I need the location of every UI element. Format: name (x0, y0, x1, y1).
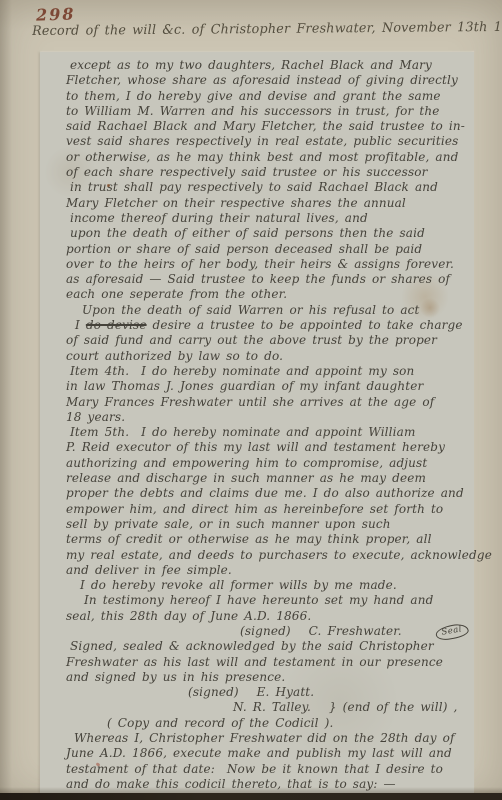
handwritten-line: and signed by us in his presence. (66, 670, 492, 685)
line-text: 18 years. (66, 410, 125, 424)
line-text: to them, I do hereby give and devise and… (66, 89, 441, 103)
handwritten-line: In testimony hereof I have hereunto set … (66, 593, 492, 608)
line-text: I do hereby revoke all former wills by m… (80, 578, 397, 592)
handwritten-line: except as to my two daughters, Rachel Bl… (66, 58, 492, 73)
line-text: in law Thomas J. Jones guardian of my in… (66, 379, 423, 393)
handwritten-line: Item 5th. I do hereby nominate and appoi… (66, 425, 492, 440)
line-text: portion or share of said person deceased… (66, 242, 422, 256)
line-text: in trust shall pay respectively to said … (70, 180, 438, 194)
line-text: income thereof during their natural live… (70, 211, 368, 225)
handwritten-line: or otherwise, as he may think best and m… (66, 150, 492, 165)
handwritten-line: terms of credit or otherwise as he may t… (66, 532, 492, 547)
handwritten-line: (signed) E. Hyatt. (66, 685, 492, 700)
handwritten-line: over to the heirs of her body, their hei… (66, 257, 492, 272)
handwritten-line: release and discharge in such manner as … (66, 471, 492, 486)
handwritten-line: of said fund and carry out the above tru… (66, 333, 492, 348)
line-text: ( Copy and record of the Codicil ). (107, 716, 333, 730)
handwritten-line: ( Copy and record of the Codicil ). (66, 716, 492, 731)
page-number: 298 (36, 4, 76, 24)
line-text: and deliver in fee simple. (66, 563, 232, 577)
line-text: my real estate, and deeds to purchasers … (66, 548, 492, 562)
line-text: terms of credit or otherwise as he may t… (66, 532, 432, 546)
line-text: authorizing and empowering him to compro… (66, 456, 427, 470)
ink-speck (107, 184, 110, 187)
handwritten-line: proper the debts and claims due me. I do… (66, 486, 492, 501)
handwritten-line: Freshwater as his last will and testamen… (66, 655, 492, 670)
line-text: Whereas I, Christopher Freshwater did on… (74, 731, 455, 745)
line-text: of said fund and carry out the above tru… (66, 333, 437, 347)
handwritten-line: empower him, and direct him as hereinbef… (66, 502, 492, 517)
line-text: Mary Frances Freshwater until she arrive… (66, 395, 434, 409)
line-text: release and discharge in such manner as … (66, 471, 426, 485)
handwritten-line: court authorized by law so to do. (66, 349, 492, 364)
handwritten-line: Mary Fletcher on their respective shares… (66, 196, 492, 211)
handwritten-line: in trust shall pay respectively to said … (66, 180, 492, 195)
handwritten-line: testament of that date: Now be it known … (66, 762, 492, 777)
line-text: sell by private sale, or in such manner … (66, 517, 391, 531)
document-lines: except as to my two daughters, Rachel Bl… (66, 58, 492, 792)
handwritten-line: to William M. Warren and his successors … (66, 104, 492, 119)
handwritten-line: and deliver in fee simple. (66, 563, 492, 578)
page-bottom-edge (0, 793, 502, 800)
handwritten-line: upon the death of either of said persons… (66, 226, 492, 241)
handwritten-line: authorizing and empowering him to compro… (66, 456, 492, 471)
line-text: P. Reid executor of this my last will an… (66, 440, 445, 454)
line-text: Freshwater as his last will and testamen… (66, 655, 443, 669)
line-text: to William M. Warren and his successors … (66, 104, 439, 118)
line-text: seal, this 28th day of June A.D. 1866. (66, 609, 311, 623)
line-text: Mary Fletcher on their respective shares… (66, 196, 406, 210)
handwritten-line: June A.D. 1866, execute make and publish… (66, 746, 492, 761)
line-text: proper the debts and claims due me. I do… (66, 486, 464, 500)
handwritten-line: seal, this 28th day of June A.D. 1866. (66, 609, 492, 624)
handwritten-line: I do devise desire a trustee to be appoi… (66, 318, 492, 333)
line-text: or otherwise, as he may think best and m… (66, 150, 458, 164)
handwritten-line: of each share respectively said trustee … (66, 165, 492, 180)
handwritten-line: each one seperate from the other. (66, 287, 492, 302)
line-text: Item 4th. I do hereby nominate and appoi… (70, 364, 414, 378)
line-text: (signed) C. Freshwater. (240, 624, 402, 638)
handwritten-line: 18 years. (66, 410, 492, 425)
line-text: I (75, 318, 86, 332)
handwritten-line: Fletcher, whose share as aforesaid inste… (66, 73, 492, 88)
line-text: each one seperate from the other. (66, 287, 287, 301)
handwritten-line: Item 4th. I do hereby nominate and appoi… (66, 364, 492, 379)
line-text: empower him, and direct him as hereinbef… (66, 502, 443, 516)
line-text: (signed) E. Hyatt. (188, 685, 314, 699)
scanned-will-page: 298 Record of the will &c. of Christophe… (0, 0, 502, 800)
line-text: over to the heirs of her body, their hei… (66, 257, 454, 271)
handwritten-line: vest said shares respectively in real es… (66, 134, 492, 149)
handwritten-line: in law Thomas J. Jones guardian of my in… (66, 379, 492, 394)
line-text: Item 5th. I do hereby nominate and appoi… (70, 425, 415, 439)
handwritten-line: Whereas I, Christopher Freshwater did on… (66, 731, 492, 746)
handwritten-line: P. Reid executor of this my last will an… (66, 440, 492, 455)
handwritten-line: I do hereby revoke all former wills by m… (66, 578, 492, 593)
line-text: of each share respectively said trustee … (66, 165, 428, 179)
handwritten-line: Signed, sealed & acknowledged by the sai… (66, 639, 492, 654)
handwritten-line: said Rachael Black and Mary Fletcher, th… (66, 119, 492, 134)
struck-text: do devise (86, 318, 147, 332)
record-header: Record of the will &c. of Christopher Fr… (32, 20, 502, 39)
handwritten-line: income thereof during their natural live… (66, 211, 492, 226)
line-text: court authorized by law so to do. (66, 349, 283, 363)
line-text: In testimony hereof I have hereunto set … (84, 593, 433, 607)
handwritten-line: sell by private sale, or in such manner … (66, 517, 492, 532)
line-text: June A.D. 1866, execute make and publish… (66, 746, 452, 760)
line-text: desire a trustee to be appointed to take… (147, 318, 463, 332)
line-text: Upon the death of said Warren or his ref… (82, 303, 420, 317)
line-text: said Rachael Black and Mary Fletcher, th… (66, 119, 465, 133)
handwritten-line: Mary Frances Freshwater until she arrive… (66, 395, 492, 410)
handwritten-line: as aforesaid — Said trustee to keep the … (66, 272, 492, 287)
line-text: except as to my two daughters, Rachel Bl… (70, 58, 432, 72)
line-text: as aforesaid — Said trustee to keep the … (66, 272, 450, 286)
line-text: vest said shares respectively in real es… (66, 134, 458, 148)
line-text: N. R. Talley. } (end of the will) , (233, 700, 458, 714)
handwritten-line: to them, I do hereby give and devise and… (66, 89, 492, 104)
line-text: Fletcher, whose share as aforesaid inste… (66, 73, 458, 87)
line-text: and signed by us in his presence. (66, 670, 285, 684)
handwritten-line: N. R. Talley. } (end of the will) , (66, 700, 492, 715)
line-text: Signed, sealed & acknowledged by the sai… (70, 639, 434, 653)
handwritten-line: portion or share of said person deceased… (66, 242, 492, 257)
handwritten-line: my real estate, and deeds to purchasers … (66, 548, 492, 563)
handwritten-line: Upon the death of said Warren or his ref… (66, 303, 492, 318)
line-text: upon the death of either of said persons… (70, 226, 425, 240)
handwritten-line: (signed) C. Freshwater.Seal (66, 624, 492, 639)
line-text: testament of that date: Now be it known … (66, 762, 443, 776)
seal-scribble: Seal (434, 622, 469, 641)
